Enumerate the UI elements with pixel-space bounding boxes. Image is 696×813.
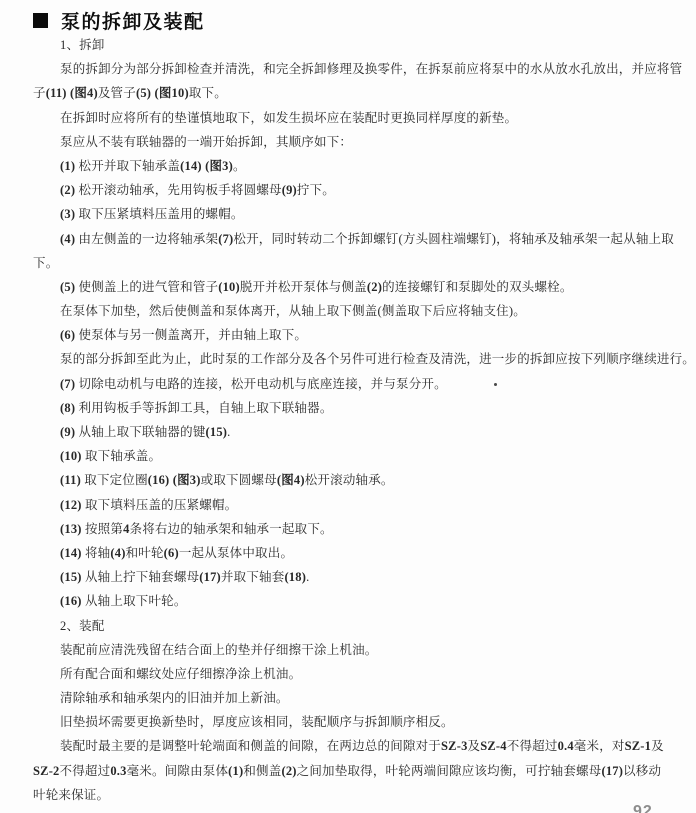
paragraph-line: 旧垫损坏需要更换新垫时，厚度应该相同，装配顺序与拆卸顺序相反。 <box>33 710 684 734</box>
paragraph-line: SZ-2不得超过0.3毫米。间隙由泵体(1)和侧盖(2)之间加垫取得，叶轮两端间… <box>33 759 684 783</box>
step-line-8: (8) 利用钩板手等拆卸工具，自轴上取下联轴器。 <box>33 396 684 420</box>
paragraph-line: 在泵体下加垫，然后使侧盖和泵体离开，从轴上取下侧盖(侧盖取下后应将轴支住)。 <box>33 299 684 323</box>
step-line-4-continued: 下。 <box>33 251 684 275</box>
step-line-14: (14) 将轴(4)和叶轮(6)一起从泵体中取出。 <box>33 541 684 565</box>
subsection-heading-assembly: 2、装配 <box>33 614 684 638</box>
paragraph-line: 泵的拆卸分为部分拆卸检查并清洗，和完全拆卸修理及换零件，在拆泵前应将泵中的水从放… <box>33 57 684 81</box>
step-line-12: (12) 取下填料压盖的压紧螺帽。 <box>33 493 684 517</box>
step-line-1: (1) 松开并取下轴承盖(14) (图3)。 <box>33 154 684 178</box>
step-line-3: (3) 取下压紧填料压盖用的螺帽。 <box>33 202 684 226</box>
step-line-16: (16) 从轴上取下叶轮。 <box>33 589 684 613</box>
paragraph-line: 泵应从不装有联轴器的一端开始拆卸，其顺序如下： <box>33 130 684 154</box>
scan-speck <box>494 383 497 386</box>
step-line-11: (11) 取下定位圈(16) (图3)或取下圆螺母(图4)松开滚动轴承。 <box>33 468 684 492</box>
paragraph-line: 叶轮来保证。 <box>33 783 684 807</box>
step-line-6: (6) 使泵体与另一侧盖离开，并由轴上取下。 <box>33 323 684 347</box>
paragraph-line: 子(11) (图4)及管子(5) (图10)取下。 <box>33 81 684 105</box>
paragraph-line: 清除轴承和轴承架内的旧油并加上新油。 <box>33 686 684 710</box>
step-line-10: (10) 取下轴承盖。 <box>33 444 684 468</box>
step-line-7: (7) 切除电动机与电路的连接，松开电动机与底座连接，并与泵分开。 <box>33 372 684 396</box>
step-line-15: (15) 从轴上拧下轴套螺母(17)并取下轴套(18). <box>33 565 684 589</box>
page-number: 92 <box>633 803 653 813</box>
step-line-2: (2) 松开滚动轴承，先用钩板手将圆螺母(9)拧下。 <box>33 178 684 202</box>
paragraph-line: 装配前应清洗残留在结合面上的垫并仔细擦干涂上机油。 <box>33 638 684 662</box>
paragraph-line: 在拆卸时应将所有的垫谨慎地取下，如发生损坏应在装配时更换同样厚度的新垫。 <box>33 106 684 130</box>
document-body: 1、拆卸 泵的拆卸分为部分拆卸检查并清洗，和完全拆卸修理及换零件，在拆泵前应将泵… <box>33 33 684 807</box>
subsection-heading-disassembly: 1、拆卸 <box>33 33 684 57</box>
step-line-13: (13) 按照第4条将右边的轴承架和轴承一起取下。 <box>33 517 684 541</box>
section-bullet-icon <box>33 13 48 28</box>
page-title: 泵的拆卸及装配 <box>61 7 205 34</box>
document-page: 泵的拆卸及装配 1、拆卸 泵的拆卸分为部分拆卸检查并清洗，和完全拆卸修理及换零件… <box>0 0 696 813</box>
step-line-4: (4) 由左侧盖的一边将轴承架(7)松开，同时转动二个拆卸螺钉(方头圆柱端螺钉)… <box>33 227 684 251</box>
paragraph-line: 所有配合面和螺纹处应仔细擦净涂上机油。 <box>33 662 684 686</box>
paragraph-line: 装配时最主要的是调整叶轮端面和侧盖的间隙，在两边总的间隙对于SZ-3及SZ-4不… <box>33 734 684 758</box>
paragraph-line: 泵的部分拆卸至此为止，此时泵的工作部分及各个另件可进行检查及清洗，进一步的拆卸应… <box>33 347 684 371</box>
step-line-9: (9) 从轴上取下联轴器的键(15). <box>33 420 684 444</box>
step-line-5: (5) 使侧盖上的进气管和管子(10)脱开并松开泵体与侧盖(2)的连接螺钉和泵脚… <box>33 275 684 299</box>
section-heading: 泵的拆卸及装配 <box>33 7 205 33</box>
